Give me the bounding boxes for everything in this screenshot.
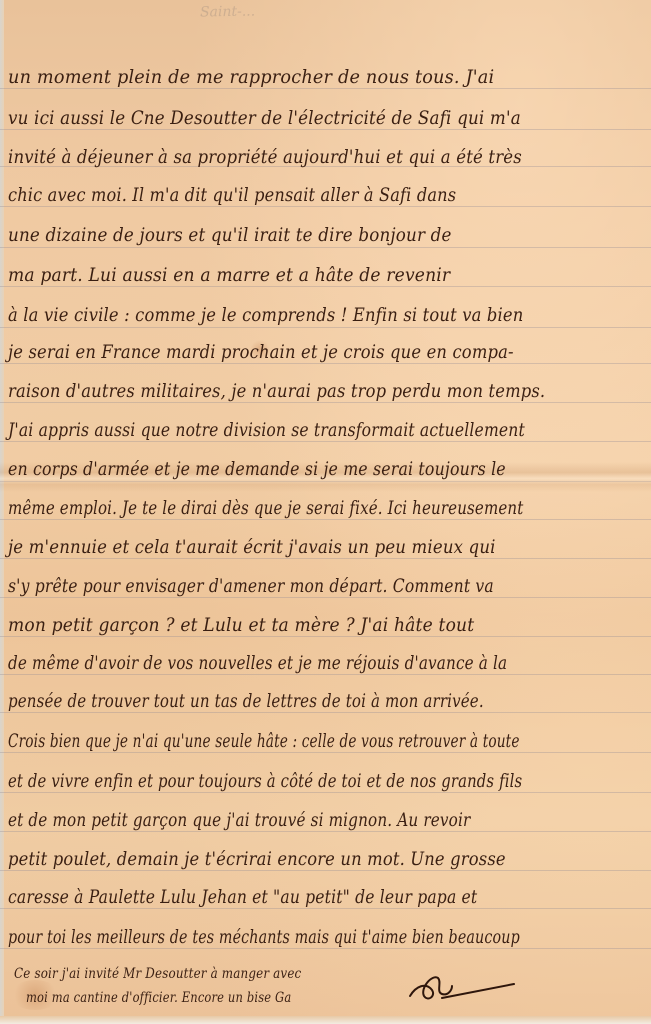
letter-line: pour toi les meilleurs de tes méchants m… [8,926,484,948]
letter-line: même emploi. Je te le dirai dès que je s… [8,497,510,519]
ruled-line [0,247,651,248]
ruled-line [0,286,651,287]
ruled-line [0,870,651,871]
page-bottom-edge [0,1016,651,1024]
ruled-line [0,402,651,403]
ruled-line [0,558,651,559]
letter-line: invité à déjeuner à sa propriété aujourd… [8,146,560,168]
letter-line: Crois bien que je n'ai qu'une seule hâte… [8,730,465,752]
letter-line: ma part. Lui aussi en a marre et a hâte … [8,264,580,286]
letter-line: je serai en France mardi prochain et je … [8,341,554,363]
ruled-line [0,752,651,753]
letter-line: pensée de trouver tout un tas de lettres… [8,690,510,712]
letter-line: raison d'autres militaires, je n'aurai p… [8,380,554,402]
letter-line: chic avec moi. Il m'a dit qu'il pensait … [8,184,548,206]
ruled-line [0,206,651,207]
letter-line: une dizaine de jours et qu'il irait te d… [8,224,567,246]
letter-line: je m'ennuie et cela t'aurait écrit j'ava… [8,536,560,558]
ruled-line [0,88,651,89]
ruled-line [0,948,651,949]
ruled-line [0,636,651,637]
letter-line: de même d'avoir de vos nouvelles et je m… [8,652,516,674]
bleed-through-text: Saint-... [200,4,255,21]
ruled-line [0,908,651,909]
ruled-line [0,597,651,598]
letter-line: et de vivre enfin et pour toujours à côt… [8,770,503,792]
letter-line: s'y prête pour envisager d'amener mon dé… [8,575,529,597]
letter-line: à la vie civile : comme je le comprends … [8,304,554,326]
ruled-line [0,129,651,130]
letter-line: un moment plein de me rapprocher de nous… [8,66,599,88]
ruled-line [0,363,651,364]
signature-icon [402,968,522,1008]
letter-line: caresse à Paulette Lulu Jehan et "au pet… [8,886,529,908]
ruled-line [0,712,651,713]
letter-line: petit poulet, demain je t'écrirai encore… [8,848,554,870]
letter-line: en corps d'armée et je me demande si je … [8,458,535,480]
ruled-line [0,674,651,675]
ruled-line [0,831,651,832]
ruled-line [0,441,651,442]
letter-line: vu ici aussi le Cne Desoutter de l'élect… [8,107,567,129]
ruled-line [0,792,651,793]
letter-line: J'ai appris aussi que notre division se … [8,419,529,441]
letter-line: mon petit garçon ? et Lulu et ta mère ? … [8,614,580,636]
letter-page: Saint-... un moment plein de me rapproch… [0,0,651,1024]
letter-line: et de mon petit garçon que j'ai trouvé s… [8,809,516,831]
ruled-line [0,519,651,520]
ruled-line [0,327,651,328]
